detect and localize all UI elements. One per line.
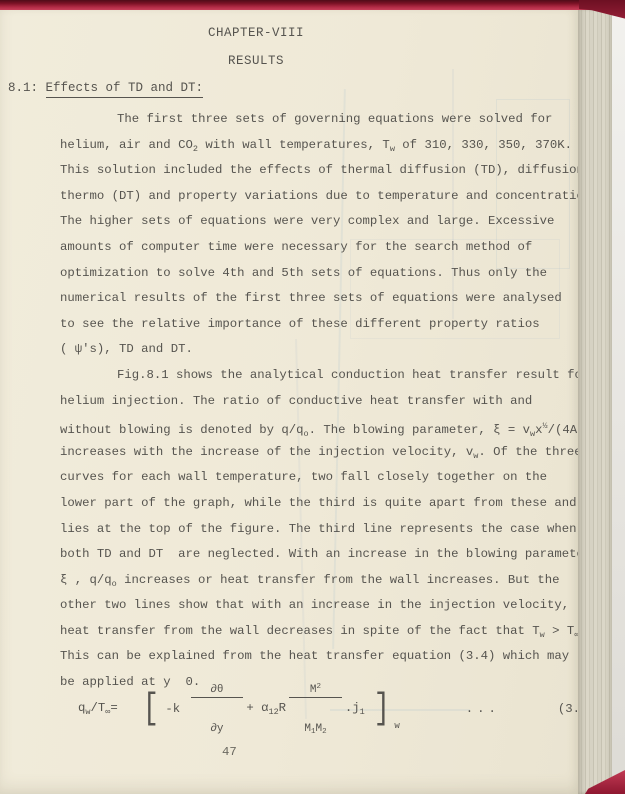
text-line: This solution included the effects of th… bbox=[60, 158, 572, 184]
book-cover-top-edge bbox=[0, 0, 625, 10]
text-line: other two lines show that with an increa… bbox=[60, 593, 572, 619]
section-heading: 8.1: Effects of TD and DT: bbox=[8, 81, 203, 95]
text-line: lies at the top of the figure. The third… bbox=[60, 517, 572, 543]
ellipsis-dots: ... bbox=[466, 702, 500, 716]
right-bracket: ] bbox=[373, 689, 389, 729]
text-line: Fig.8.1 shows the analytical conduction … bbox=[60, 363, 572, 389]
equation-lhs: qw/T∞= bbox=[78, 701, 118, 717]
text-line: The first three sets of governing equati… bbox=[60, 107, 572, 133]
equation-term-alpha: + α12R bbox=[246, 701, 286, 717]
scanned-thesis-page: CHAPTER-VIII RESULTS 8.1: Effects of TD … bbox=[0, 0, 625, 794]
equation-3-4: qw/T∞= [ -k ∂θ ∂y + α12R M2 M1M2 .j1 ] w… bbox=[78, 687, 595, 731]
background-gutter bbox=[612, 0, 625, 794]
equation-term-k: -k bbox=[165, 702, 187, 716]
section-number: 8.1: bbox=[8, 81, 46, 95]
results-heading: RESULTS bbox=[0, 54, 512, 68]
text-line: thermo (DT) and property variations due … bbox=[60, 184, 572, 210]
text-line: amounts of computer time were necessary … bbox=[60, 235, 572, 261]
text-line: optimization to solve 4th and 5th sets o… bbox=[60, 261, 572, 287]
text-line: helium, air and CO2 with wall temperatur… bbox=[60, 133, 572, 159]
text-line: curves for each wall temperature, two fa… bbox=[60, 465, 572, 491]
text-line: both TD and DT are neglected. With an in… bbox=[60, 542, 572, 568]
fraction-dtheta-dy: ∂θ ∂y bbox=[191, 660, 244, 759]
equation-term-j1: .j1 bbox=[345, 701, 365, 717]
paper-page: CHAPTER-VIII RESULTS 8.1: Effects of TD … bbox=[0, 9, 579, 794]
text-line: to see the relative importance of these … bbox=[60, 312, 572, 338]
bracket-subscript-w: w bbox=[394, 721, 399, 731]
body-text: The first three sets of governing equati… bbox=[60, 107, 572, 696]
text-line: numerical results of the first three set… bbox=[60, 286, 572, 312]
text-line: heat transfer from the wall decreases in… bbox=[60, 619, 572, 645]
left-bracket: [ bbox=[142, 689, 158, 729]
fraction-m2-m1m2: M2 M1M2 bbox=[289, 659, 342, 760]
page-number: 47 bbox=[222, 745, 237, 759]
text-line: without blowing is denoted by q/qo. The … bbox=[60, 414, 572, 440]
chapter-heading: CHAPTER-VIII bbox=[0, 26, 512, 40]
text-line: ξ , q/qo increases or heat transfer from… bbox=[60, 568, 572, 594]
text-line: increases with the increase of the injec… bbox=[60, 440, 572, 466]
stacked-page-edges bbox=[578, 8, 612, 794]
text-line: lower part of the graph, while the third… bbox=[60, 491, 572, 517]
section-title: Effects of TD and DT: bbox=[46, 81, 204, 98]
text-line: The higher sets of equations were very c… bbox=[60, 209, 572, 235]
text-line: ( ψ's), TD and DT. bbox=[60, 337, 572, 363]
text-line: helium injection. The ratio of conductiv… bbox=[60, 389, 572, 415]
